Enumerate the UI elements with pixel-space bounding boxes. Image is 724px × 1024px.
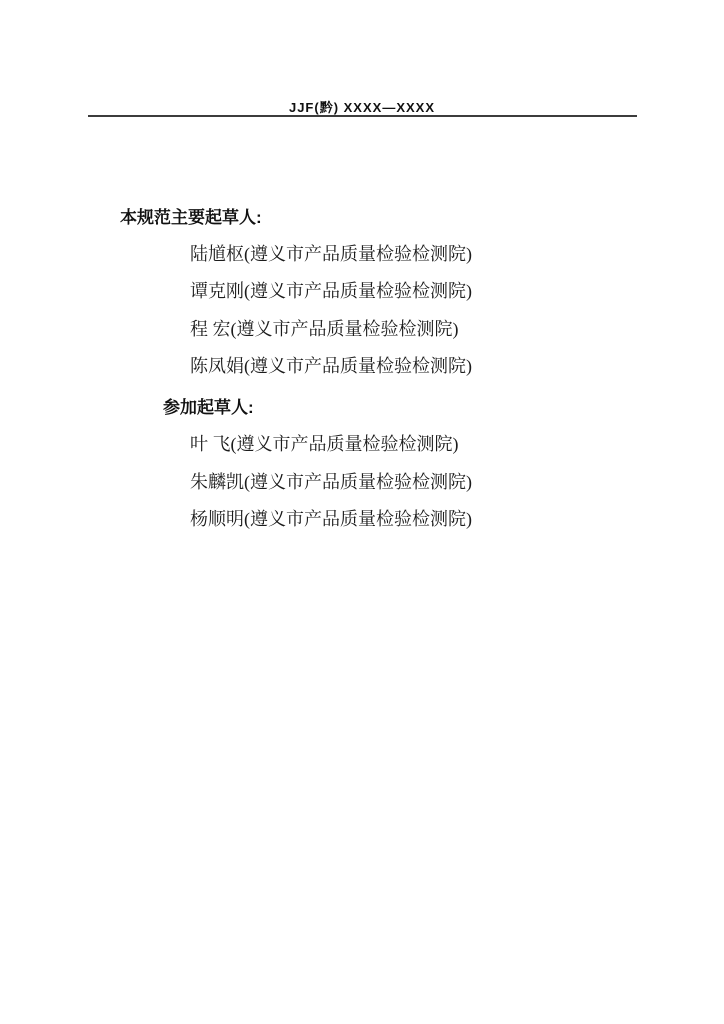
header-rule-line: [88, 115, 637, 117]
participating-drafters-heading: 参加起草人:: [163, 393, 254, 418]
main-drafters-heading: 本规范主要起草人:: [120, 203, 262, 228]
drafter-line: 朱麟凯(遵义市产品质量检验检测院): [190, 468, 472, 494]
drafter-line: 叶 飞(遵义市产品质量检验检测院): [190, 430, 459, 456]
drafter-line: 程 宏(遵义市产品质量检验检测院): [190, 315, 459, 341]
drafter-line: 陆馗枢(遵义市产品质量检验检测院): [190, 240, 472, 266]
header-doc-code: JJF(黔) XXXX—XXXX: [0, 97, 724, 116]
drafter-line: 谭克刚(遵义市产品质量检验检测院): [190, 277, 472, 303]
drafter-line: 杨顺明(遵义市产品质量检验检测院): [190, 505, 472, 531]
drafter-line: 陈凤娟(遵义市产品质量检验检测院): [190, 352, 472, 378]
document-page: JJF(黔) XXXX—XXXX 本规范主要起草人: 陆馗枢(遵义市产品质量检验…: [0, 0, 724, 1024]
